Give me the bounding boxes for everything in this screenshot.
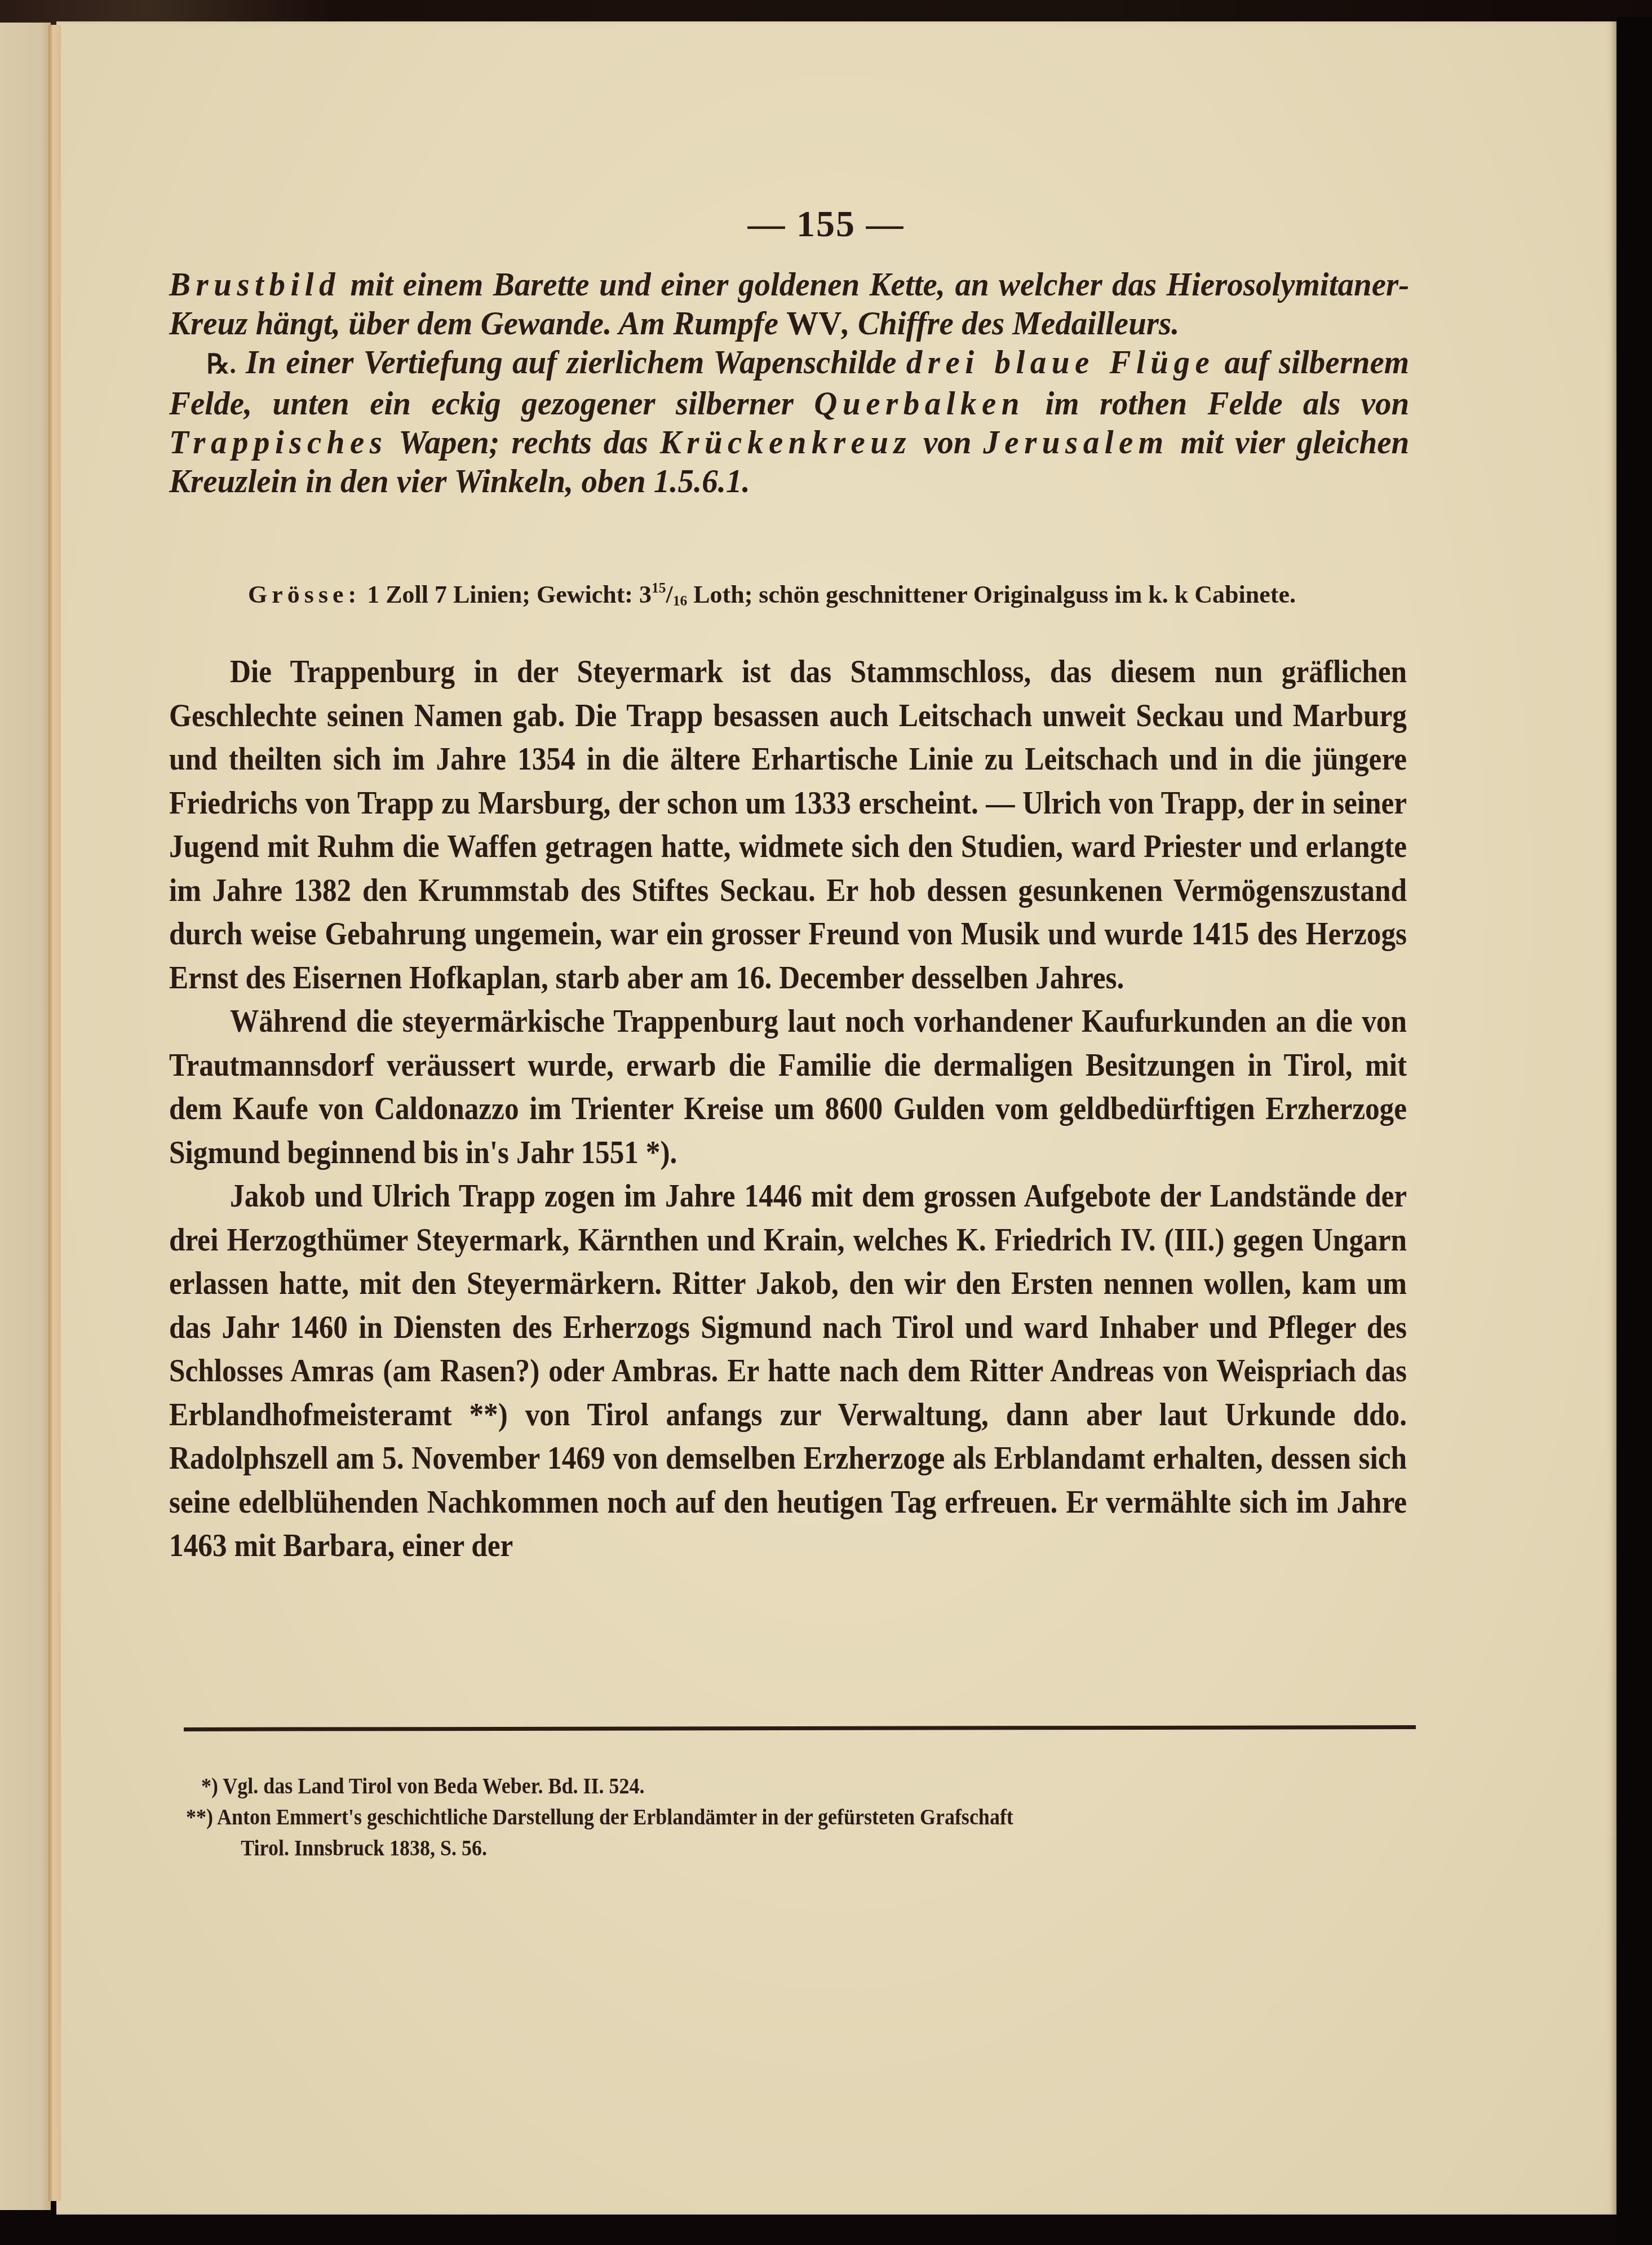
fraction-numerator: 15 (652, 580, 666, 596)
footnotes: *) Vgl. das Land Tirol von Beda Weber. B… (186, 1770, 1292, 1863)
footnote-text: Vgl. das Land Tirol von Beda Weber. Bd. … (223, 1773, 644, 1798)
footnote-mark: *) (201, 1773, 218, 1798)
obverse-description: Brustbild mit einem Barette und einer go… (169, 265, 1409, 343)
measurement-rest: Loth; schön geschnittener Originalguss i… (687, 581, 1296, 608)
size-label: Grösse: (248, 581, 361, 608)
medal-measurements: Grösse: 1 Zoll 7 Linien; Gewicht: 315/16… (169, 571, 1407, 618)
paragraph: Die Trappenburg in der Steyermark ist da… (169, 650, 1407, 1000)
facing-page-edge (0, 23, 51, 2210)
scan-background-edge (1616, 17, 1652, 2245)
reverse-text: Wapen; rechts das (387, 423, 659, 461)
reverse-emphasis: Krückenkreuz (660, 423, 912, 461)
medal-description: Brustbild mit einem Barette und einer go… (169, 265, 1409, 501)
reverse-emphasis: drei blaue Flüge (906, 343, 1215, 381)
fraction-denominator: 16 (673, 593, 688, 609)
footnote-mark: **) (186, 1804, 213, 1829)
size-weight: 1 Zoll 7 Linien; Gewicht: 3 (361, 581, 652, 608)
reverse-emphasis: Querbalken (814, 385, 1025, 422)
reverse-text: im rothen Felde als von (1025, 385, 1409, 422)
paragraph: Während die steyermärkische Trappenburg … (169, 1000, 1407, 1174)
obverse-keyword: Brustbild (169, 266, 340, 303)
obverse-tail: , Chiffre des Medailleurs. (841, 304, 1179, 342)
page-gutter (48, 25, 61, 2201)
reverse-text: In einer Vertiefung auf zierlichem Wapen… (236, 343, 906, 381)
reverse-symbol: ℞. (207, 350, 236, 379)
footnote-continuation: Tirol. Innsbruck 1838, S. 56. (186, 1832, 1292, 1863)
medallist-monogram: WV (786, 304, 841, 342)
reverse-description: ℞. In einer Vertiefung auf zierlichem Wa… (169, 343, 1409, 501)
reverse-text: von (911, 423, 983, 461)
reverse-emphasis: Jerusalem (983, 423, 1168, 461)
footnote: **) Anton Emmert's geschichtliche Darste… (186, 1801, 1292, 1832)
paragraph: Jakob und Ulrich Trapp zogen im Jahre 14… (169, 1174, 1407, 1568)
footnote-text: Anton Emmert's geschichtliche Darstellun… (217, 1804, 1013, 1829)
footnote: *) Vgl. das Land Tirol von Beda Weber. B… (186, 1770, 1292, 1801)
reverse-emphasis: Trappisches (169, 423, 387, 461)
body-text: Die Trappenburg in der Steyermark ist da… (169, 650, 1407, 1568)
page-number: — 155 — (0, 203, 1652, 246)
